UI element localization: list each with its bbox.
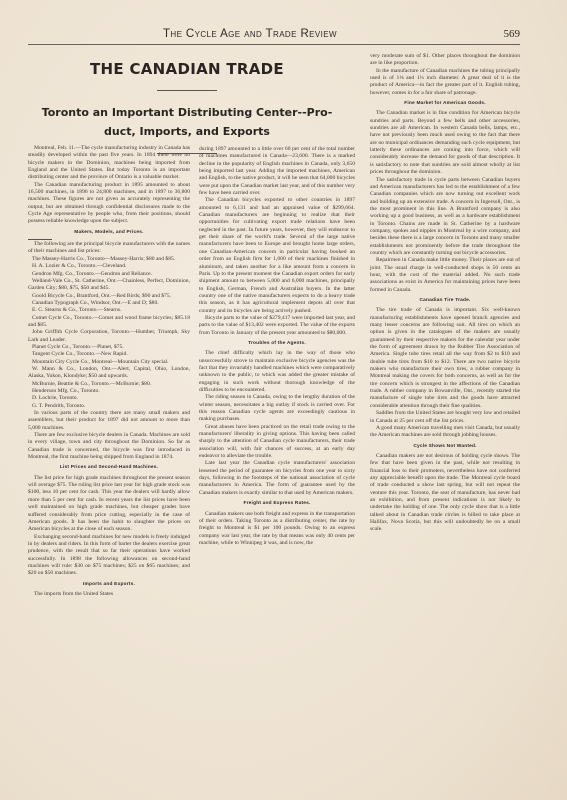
maker-entry: Henderson Mfg. Co., Toronto. <box>28 388 190 395</box>
maker-entry: Canadian Typograph Co., Windsor, Ont.—E … <box>28 300 190 307</box>
paragraph: Bicycle parts to the value of $279,417 w… <box>199 315 355 337</box>
paragraph: Canadian makers use both freight and exp… <box>199 511 355 548</box>
maker-entry: D. Lochrie, Toronto. <box>28 395 190 402</box>
section-heading-agents: Troubles of the Agents. <box>199 340 355 347</box>
maker-entry: Goold Bicycle Co., Brantford, Ont.—Red B… <box>28 293 190 300</box>
maker-entry: E. C. Stearns & Co., Toronto.—Stearns. <box>28 307 190 314</box>
paragraph: Exchanging second-hand machines for new … <box>28 534 190 578</box>
section-heading-freight: Freight and Express Rates. <box>199 500 355 507</box>
maker-entry: John Griffith Cycle Corporation, Toronto… <box>28 329 190 344</box>
magazine-page: The Cycle Age and Trade Review 569 THE C… <box>0 0 567 800</box>
paragraph: The chief difficulty which lay in the wa… <box>199 350 355 394</box>
maker-entry: Tangent Cycle Co., Toronto.—New Rapid. <box>28 351 190 358</box>
column-1: Montreal, Feb. 11.—The cycle manufacturi… <box>28 145 190 598</box>
subtitle-line-1: Toronto an Important Distributing Center… <box>22 103 352 122</box>
paragraph: The following are the principal bicycle … <box>28 241 190 256</box>
section-heading-list-prices: List Prices and Second-Hand Machines. <box>28 464 190 471</box>
paragraph: The Canadian manufacturing product in 18… <box>28 182 190 226</box>
paragraph: Saddles from the United States are bough… <box>370 410 520 425</box>
paragraph: Repairmen in Canada make little money. T… <box>370 257 520 294</box>
maker-entry: The Massey-Harris Co., Toronto—Massey-Ha… <box>28 256 190 263</box>
section-heading-imports: Imports and Exports. <box>28 581 190 588</box>
maker-entry: McBurnie, Beattie & Co., Toronto.—McBurn… <box>28 381 190 388</box>
maker-entry: Gendron Mfg. Co., Toronto.—Gendron and R… <box>28 271 190 278</box>
section-heading-makers: Makers, Models, and Prices. <box>28 229 190 236</box>
column-2: during 1897 amounted to a little over 60… <box>199 146 355 547</box>
running-header: The Cycle Age and Trade Review 569 <box>28 26 520 45</box>
section-heading-cycle-shows: Cycle Shows Not Wanted. <box>370 443 520 450</box>
maker-entry: Planet Cycle Co., Toronto.—Planet, $75. <box>28 344 190 351</box>
page-number: 569 <box>504 28 521 40</box>
paragraph: The satisfactory trade in cycle parts be… <box>370 177 520 258</box>
maker-entry: Welland-Vale Co., St. Catherine, Ont.—Ch… <box>28 278 190 293</box>
paragraph: In the manufacture of Canadian machines … <box>370 68 520 97</box>
paragraph: The Canadian bicycles exported to other … <box>199 197 355 315</box>
maker-entry: G. T. Pendrith, Toronto. <box>28 403 190 410</box>
article-title: THE CANADIAN TRADE <box>22 60 352 78</box>
paragraph: Canadian makers are not desirous of hold… <box>370 453 520 534</box>
section-divider <box>28 239 52 240</box>
title-divider <box>157 90 217 91</box>
paragraph: A good many American travelling men visi… <box>370 425 520 440</box>
article-subtitle: Toronto an Important Distributing Center… <box>22 103 352 141</box>
makers-list: The Massey-Harris Co., Toronto—Massey-Ha… <box>28 256 190 410</box>
paragraph: The list price for high grade machines t… <box>28 475 190 534</box>
paragraph: The tire trade of Canada is important. S… <box>370 307 520 410</box>
paragraph: There are few exclusive bicycle dealers … <box>28 432 190 461</box>
column-3: very moderate sum of $1. Other places th… <box>370 53 520 534</box>
paragraph: The riding season in Canada, owing to th… <box>199 394 355 423</box>
paragraph: The imports from the United States <box>28 591 190 598</box>
publication-title: The Cycle Age and Trade Review <box>163 28 337 40</box>
maker-entry: H. A. Lozier & Co., Toronto.—Cleveland. <box>28 263 190 270</box>
paragraph: In various parts of the country there ar… <box>28 410 190 432</box>
maker-entry: Mountain City Cycle Co., Montreal—Mounta… <box>28 359 190 366</box>
section-heading-american-goods: Fine Market for American Goods. <box>370 100 520 107</box>
maker-entry: Comet Cycle Co., Toronto.—Comet and wood… <box>28 315 190 330</box>
section-heading-tire-trade: Canadian Tire Trade. <box>370 297 520 304</box>
paragraph: very moderate sum of $1. Other places th… <box>370 53 520 68</box>
maker-entry: W. Mann & Co., London, Ont.—Alert, Capit… <box>28 366 190 381</box>
subtitle-line-2: duct, Imports, and Exports <box>22 122 352 141</box>
paragraph: Great abuses have been practiced on the … <box>199 424 355 461</box>
paragraph: during 1897 amounted to a little over 60… <box>199 146 355 197</box>
paragraph: The Canadian market is in fine condition… <box>370 110 520 176</box>
paragraph: Montreal, Feb. 11.—The cycle manufacturi… <box>28 145 190 182</box>
paragraph: Late last year the Canadian cycle manufa… <box>199 460 355 497</box>
